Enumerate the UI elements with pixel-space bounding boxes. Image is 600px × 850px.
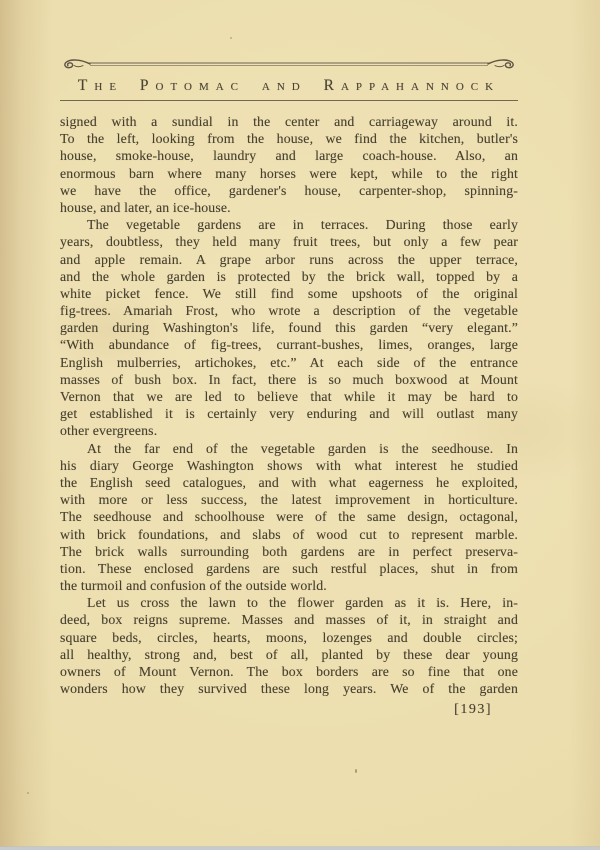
text-line: all healthy, strong and, best of all, pl… xyxy=(60,646,518,663)
text-line: deed, box reigns supreme. Masses and mas… xyxy=(60,611,518,628)
text-line: The seedhouse and schoolhouse were of th… xyxy=(60,508,518,525)
text-line: masses of bush box. In fact, there is so… xyxy=(60,371,518,388)
text-line: enormous barn where many horses were kep… xyxy=(60,165,518,182)
text-line: wonders how they survived these long yea… xyxy=(60,680,518,697)
paper-speck xyxy=(27,792,29,794)
text-line: The brick walls surrounding both gardens… xyxy=(60,543,518,560)
text-line: with more or less success, the latest im… xyxy=(60,491,518,508)
text-line: “With abundance of fig-trees, currant-bu… xyxy=(60,336,518,353)
text-line: garden during Washington's life, found t… xyxy=(60,319,518,336)
text-line: his diary George Washington shows with w… xyxy=(60,457,518,474)
text-line: At the far end of the vegetable garden i… xyxy=(60,440,518,457)
scan-bottom-edge xyxy=(0,846,600,850)
text-line: the turmoil and confusion of the outside… xyxy=(60,577,518,594)
text-line: with brick foundations, and slabs of woo… xyxy=(60,526,518,543)
text-line: get established it is certainly very end… xyxy=(60,405,518,422)
book-page-scan: The Potomac and Rappahannock signed with… xyxy=(0,0,600,850)
text-line: white picket fence. We still find some u… xyxy=(60,285,518,302)
text-line: English mulberries, artichokes, etc.” At… xyxy=(60,354,518,371)
text-line: The vegetable gardens are in terraces. D… xyxy=(60,216,518,233)
text-line: and apple remain. A grape arbor runs acr… xyxy=(60,251,518,268)
page-content: The Potomac and Rappahannock signed with… xyxy=(60,56,518,718)
text-line: the English seed catalogues, and with wh… xyxy=(60,474,518,491)
text-line: signed with a sundial in the center and … xyxy=(60,113,518,130)
text-line: square beds, circles, hearts, moons, loz… xyxy=(60,629,518,646)
text-line: owners of Mount Vernon. The box borders … xyxy=(60,663,518,680)
text-line: other evergreens. xyxy=(60,422,518,439)
text-line: we have the office, gardener's house, ca… xyxy=(60,182,518,199)
header-rule xyxy=(60,100,518,101)
scan-edge-shading xyxy=(570,0,600,850)
text-line: fig-trees. Amariah Frost, who wrote a de… xyxy=(60,302,518,319)
paper-speck xyxy=(230,37,232,39)
scan-gutter-shadow xyxy=(0,0,52,850)
text-line: Vernon that we are led to believe that w… xyxy=(60,388,518,405)
text-line: To the left, looking from the house, we … xyxy=(60,130,518,147)
text-line: Let us cross the lawn to the flower gard… xyxy=(60,594,518,611)
scroll-flourish-rule-icon xyxy=(60,56,518,72)
text-line: house, and later, an ice-house. xyxy=(60,199,518,216)
running-header-title: The Potomac and Rappahannock xyxy=(60,77,518,95)
text-line: house, smoke-house, laundry and large co… xyxy=(60,147,518,164)
paper-speck xyxy=(355,769,357,773)
text-block: signed with a sundial in the center and … xyxy=(60,113,518,697)
text-line: and the whole garden is protected by the… xyxy=(60,268,518,285)
text-line: years, doubtless, they held many fruit t… xyxy=(60,233,518,250)
page-number: [193] xyxy=(60,702,518,718)
text-line: tion. These enclosed gardens are such re… xyxy=(60,560,518,577)
